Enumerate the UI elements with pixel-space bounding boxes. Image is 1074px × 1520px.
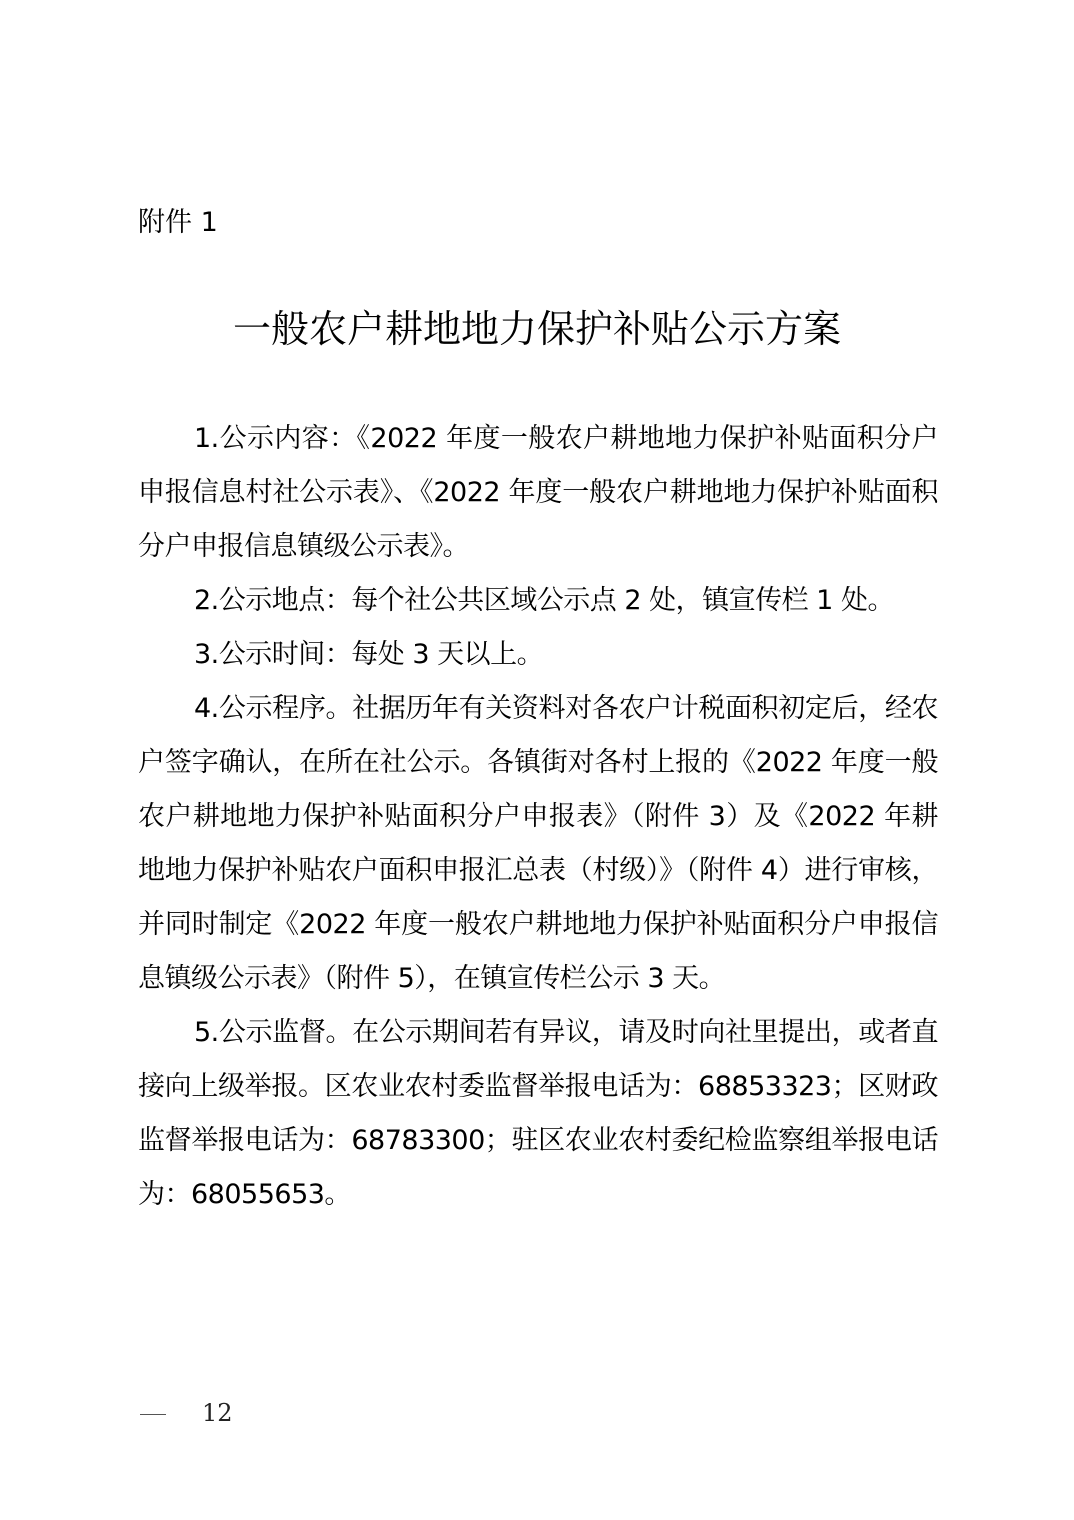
document-body: 1.公示内容：《2022 年度一般农户耕地地力保护补贴面积分户申报信息村社公示表… <box>138 412 938 1222</box>
paragraph-publicity-time: 3.公示时间：每处 3 天以上。 <box>138 628 938 682</box>
footer-dash <box>140 1414 166 1415</box>
page-footer: 12 <box>140 1398 233 1428</box>
paragraph-publicity-supervision: 5.公示监督。在公示期间若有异议，请及时向社里提出，或者直接向上级举报。区农业农… <box>138 1006 938 1222</box>
paragraph-publicity-location: 2.公示地点：每个社公共区域公示点 2 处，镇宣传栏 1 处。 <box>138 574 938 628</box>
paragraph-publicity-content: 1.公示内容：《2022 年度一般农户耕地地力保护补贴面积分户申报信息村社公示表… <box>138 412 938 574</box>
attachment-label: 附件 1 <box>138 203 218 243</box>
document-title: 一般农户耕地地力保护补贴公示方案 <box>0 303 1074 355</box>
page-number: 12 <box>202 1399 233 1427</box>
paragraph-publicity-procedure: 4.公示程序。社据历年有关资料对各农户计税面积初定后，经农户签字确认，在所在社公… <box>138 682 938 1006</box>
document-page: 附件 1 一般农户耕地地力保护补贴公示方案 1.公示内容：《2022 年度一般农… <box>0 0 1074 1520</box>
